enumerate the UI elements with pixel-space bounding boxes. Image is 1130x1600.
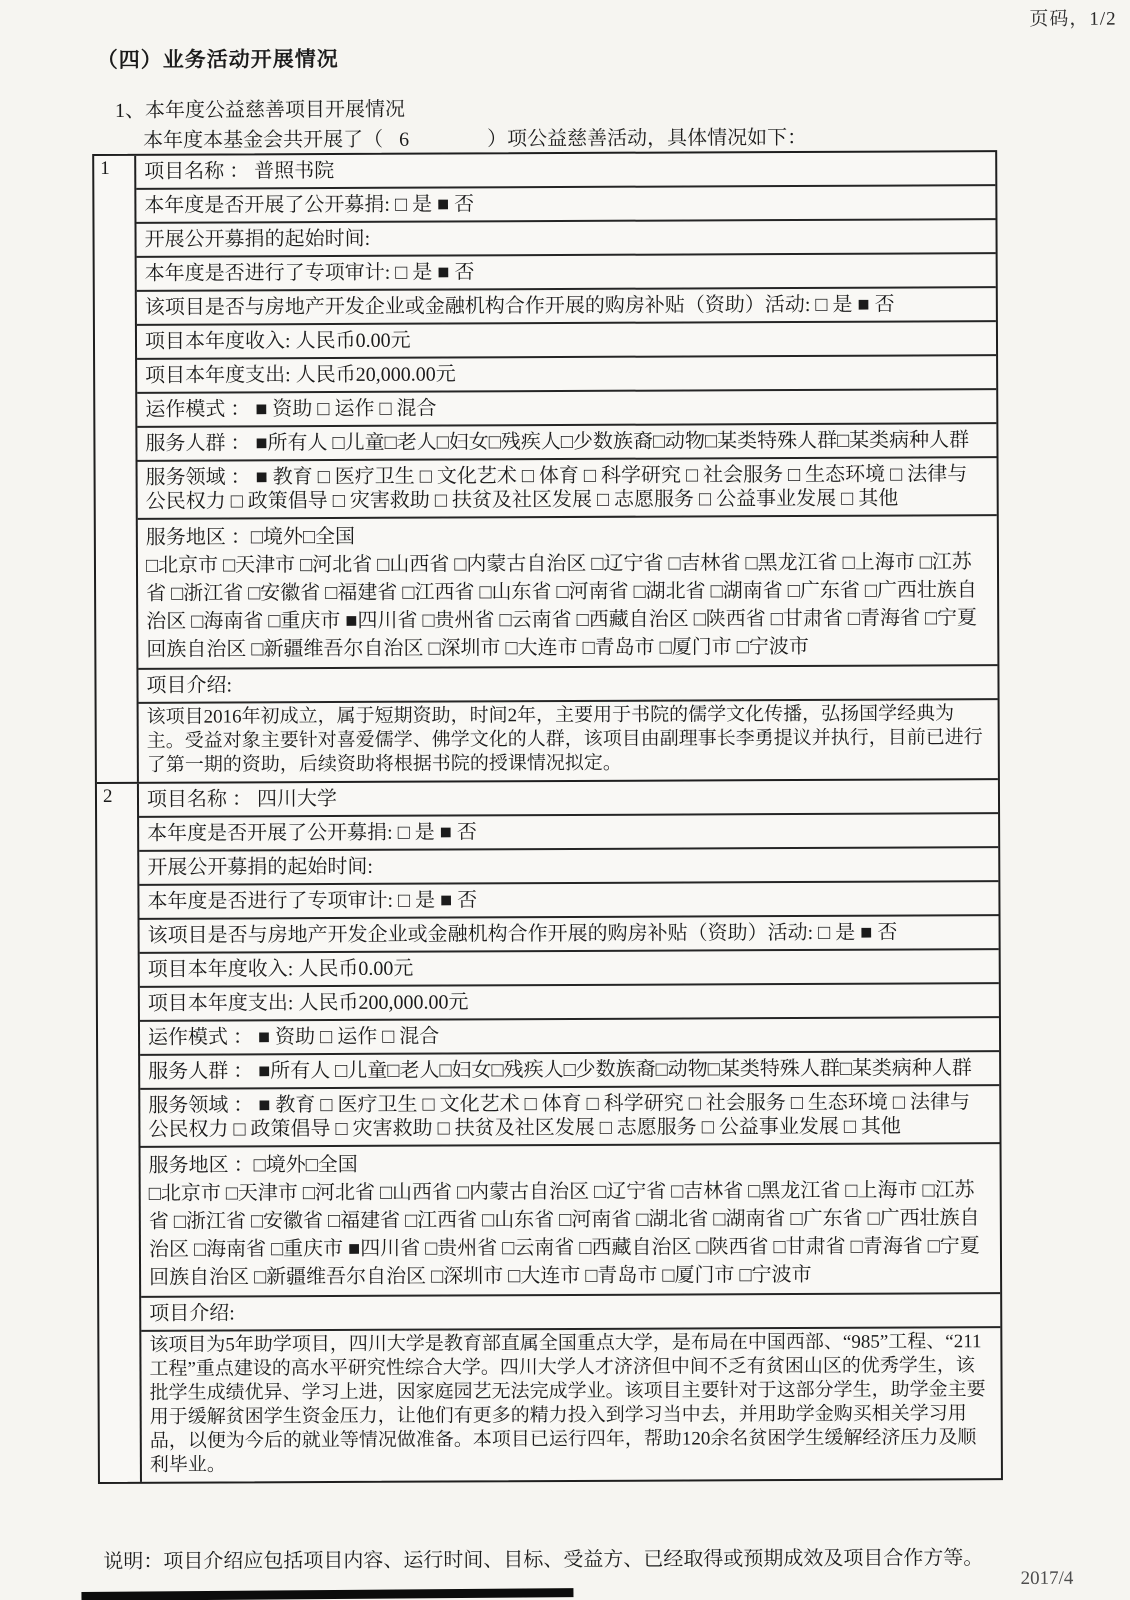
corner-date-fragment: 2017/4 bbox=[1021, 1568, 1074, 1588]
subsection-title: 1、本年度公益慈善项目开展情况 bbox=[115, 93, 405, 123]
project-count-value: 6 bbox=[383, 128, 487, 151]
page-number-label: 页码，1/2 bbox=[1029, 4, 1116, 31]
scanned-page: 页码，1/2 （四）业务活动开展情况 1、本年度公益慈善项目开展情况 本年度本基… bbox=[0, 0, 1130, 1600]
footer-note: 说明：项目介绍应包括项目内容、运行时间、目标、受益方、已经取得或预期成效及项目合… bbox=[103, 1541, 983, 1574]
operation-mode-row: 运作模式 ： ■ 资助 □ 运作 □ 混合 bbox=[140, 1018, 999, 1056]
summary-line: 本年度本基金会共开展了（6）项公益慈善活动，具体情况如下： bbox=[143, 121, 807, 153]
service-field-row: 服务领域 ： ■ 教育 □ 医疗卫生 □ 文化艺术 □ 体育 □ 科学研究 □ … bbox=[140, 1086, 999, 1148]
annual-income-row: 项目本年度收入: 人民币0.00元 bbox=[137, 322, 996, 360]
project-name-row: 项目名称 ： 普照书院 bbox=[136, 152, 995, 190]
special-audit-row: 本年度是否进行了专项审计: □ 是 ■ 否 bbox=[137, 254, 996, 292]
annual-expense-row: 项目本年度支出: 人民币20,000.00元 bbox=[137, 356, 996, 394]
intro-label-row: 项目介绍: bbox=[138, 666, 997, 704]
service-people-row: 服务人群 ： ■所有人 □儿童□老人□妇女□残疾人□少数族裔□动物□某类特殊人群… bbox=[140, 1052, 999, 1090]
project-1-number: 1 bbox=[94, 156, 139, 782]
projects-table: 1 项目名称 ： 普照书院 本年度是否开展了公开募捐: □ 是 ■ 否 开展公开… bbox=[92, 150, 1003, 1484]
housing-subsidy-row: 该项目是否与房地产开发企业或金融机构合作开展的购房补贴（资助）活动: □ 是 ■… bbox=[137, 288, 996, 326]
summary-suffix: ）项公益慈善活动，具体情况如下： bbox=[487, 127, 807, 150]
summary-prefix: 本年度本基金会共开展了（ bbox=[143, 129, 383, 152]
fundraising-start-time-row: 开展公开募捐的起始时间: bbox=[139, 848, 998, 886]
service-region-list: □北京市 □天津市 □河北省 □山西省 □内蒙古自治区 □辽宁省 □吉林省 □黑… bbox=[149, 1176, 990, 1292]
housing-subsidy-row: 该项目是否与房地产开发企业或金融机构合作开展的购房补贴（资助）活动: □ 是 ■… bbox=[140, 916, 999, 954]
service-region-row: 服务地区 ：□境外□全国 □北京市 □天津市 □河北省 □山西省 □内蒙古自治区… bbox=[138, 516, 998, 670]
intro-label-row: 项目介绍: bbox=[141, 1294, 1000, 1332]
public-fundraising-row: 本年度是否开展了公开募捐: □ 是 ■ 否 bbox=[139, 814, 998, 852]
service-region-list: □北京市 □天津市 □河北省 □山西省 □内蒙古自治区 □辽宁省 □吉林省 □黑… bbox=[146, 548, 987, 664]
fundraising-start-time-row: 开展公开募捐的起始时间: bbox=[136, 220, 995, 258]
service-region-label: 服务地区 ：□境外□全国 bbox=[146, 520, 987, 552]
scan-artifact-bar bbox=[81, 1588, 573, 1600]
annual-income-row: 项目本年度收入: 人民币0.00元 bbox=[140, 950, 999, 988]
public-fundraising-row: 本年度是否开展了公开募捐: □ 是 ■ 否 bbox=[136, 186, 995, 224]
project-block-2: 2 项目名称 ： 四川大学 本年度是否开展了公开募捐: □ 是 ■ 否 开展公开… bbox=[97, 780, 1001, 1482]
project-2-rows: 项目名称 ： 四川大学 本年度是否开展了公开募捐: □ 是 ■ 否 开展公开募捐… bbox=[139, 780, 1001, 1482]
operation-mode-row: 运作模式 ： ■ 资助 □ 运作 □ 混合 bbox=[137, 390, 996, 428]
section-title: （四）业务活动开展情况 bbox=[97, 43, 339, 74]
service-region-label: 服务地区 ：□境外□全国 bbox=[149, 1148, 990, 1180]
intro-text-row: 该项目2016年初成立，属于短期资助，时间2年，主要用于书院的儒学文化传播，弘扬… bbox=[139, 700, 998, 782]
service-field-row: 服务领域 ： ■ 教育 □ 医疗卫生 □ 文化艺术 □ 体育 □ 科学研究 □ … bbox=[138, 458, 997, 520]
service-people-row: 服务人群 ： ■所有人 □儿童□老人□妇女□残疾人□少数族裔□动物□某类特殊人群… bbox=[137, 424, 996, 462]
annual-expense-row: 项目本年度支出: 人民币200,000.00元 bbox=[140, 984, 999, 1022]
project-block-1: 1 项目名称 ： 普照书院 本年度是否开展了公开募捐: □ 是 ■ 否 开展公开… bbox=[94, 152, 998, 784]
project-name-row: 项目名称 ： 四川大学 bbox=[139, 780, 998, 818]
service-region-row: 服务地区 ：□境外□全国 □北京市 □天津市 □河北省 □山西省 □内蒙古自治区… bbox=[141, 1144, 1001, 1298]
project-1-rows: 项目名称 ： 普照书院 本年度是否开展了公开募捐: □ 是 ■ 否 开展公开募捐… bbox=[136, 152, 998, 782]
intro-text-row: 该项目为5年助学项目，四川大学是教育部直属全国重点大学，是布局在中国西部、“98… bbox=[141, 1328, 1001, 1482]
special-audit-row: 本年度是否进行了专项审计: □ 是 ■ 否 bbox=[139, 882, 998, 920]
project-2-number: 2 bbox=[97, 784, 142, 1482]
